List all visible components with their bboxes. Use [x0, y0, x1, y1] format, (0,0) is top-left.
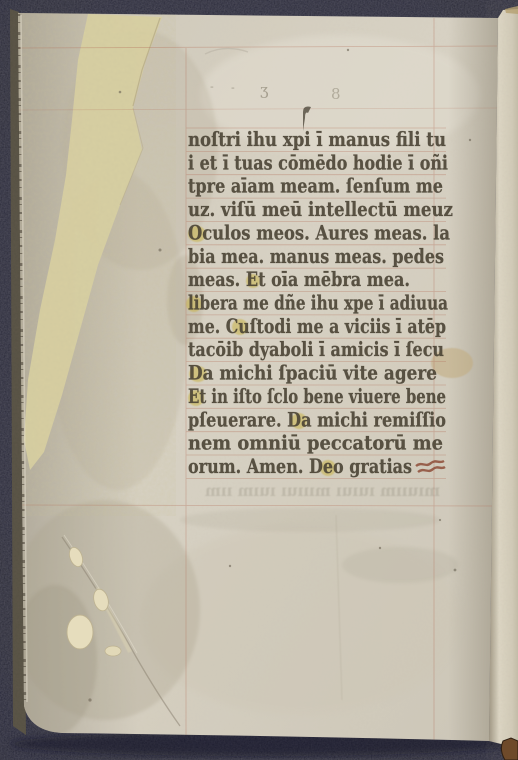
text-line: me. Cuſtodi me a viciis ī atēp: [188, 314, 446, 338]
speck: [229, 565, 231, 567]
page-surface: mıuıım ıuıuı mıııuı ıuım ıım noſtri ihu …: [10, 13, 498, 743]
speck: [119, 91, 122, 94]
text-block: noſtri ihu xpi ī manus fili tu i et ī tu…: [188, 127, 453, 478]
erased-mark: ‐: [210, 80, 214, 93]
text-line: pſeuerare. Da michi remiſſio: [188, 407, 446, 431]
repair-blob: [67, 615, 93, 649]
text-line: noſtri ihu xpi ī manus fili tu: [188, 127, 446, 151]
speck: [454, 569, 457, 572]
speck: [88, 698, 91, 701]
text-line: bia mea. manus meas. pedes: [188, 244, 444, 268]
showthrough-smudge: [342, 547, 458, 583]
speck: [469, 139, 471, 141]
text-line: libera me dñe ihu xpe ī adiuua: [188, 291, 448, 315]
showthrough-text: mıuıım ıuıuı mıııuı ıuım ıım: [205, 481, 440, 500]
showthrough-smudge: [180, 508, 440, 532]
erased-mark: ‐: [231, 81, 235, 94]
text-line: Oculos meos. Aures meas. la: [188, 220, 450, 244]
photo-stage: mıuıım ıuıuı mıııuı ıuım ıım noſtri ihu …: [0, 0, 518, 760]
speck: [439, 519, 441, 521]
text-line: tacōib dyaboli ī amicis ī ſecu: [188, 337, 444, 361]
speck: [159, 249, 162, 252]
repair-blob: [105, 646, 121, 656]
folio-figure: 8: [331, 85, 341, 103]
text-line: i et ī tuas cōmēdo hodie ī oñi: [188, 150, 448, 174]
text-line: orum. Amen. Deo gratias: [188, 454, 412, 478]
text-line: Da michi ſpaciū vite agere: [188, 361, 437, 385]
manuscript-photo: mıuıım ıuıuı mıııuı ıuım ıım noſtri ihu …: [0, 0, 518, 760]
text-line: uz. viſū meū intellectū meuz: [188, 197, 453, 221]
speck: [379, 547, 381, 549]
erased-squiggle: ʒ: [260, 81, 269, 99]
speck: [347, 49, 349, 51]
text-line: nem omniū peccatorū me: [188, 431, 443, 455]
text-line: tpre aīam meam. ſenſum me: [188, 174, 443, 198]
svg-text:mıuıım ıuıuı mıııuı ıuım ıım: mıuıım ıuıuı mıııuı ıuım ıım: [205, 481, 440, 500]
text-line: meas. Et oīa mēbra mea.: [188, 267, 410, 291]
text-line: Et in iſto ſclo bene viuere bene: [188, 384, 446, 408]
cover-corner: [501, 738, 518, 760]
